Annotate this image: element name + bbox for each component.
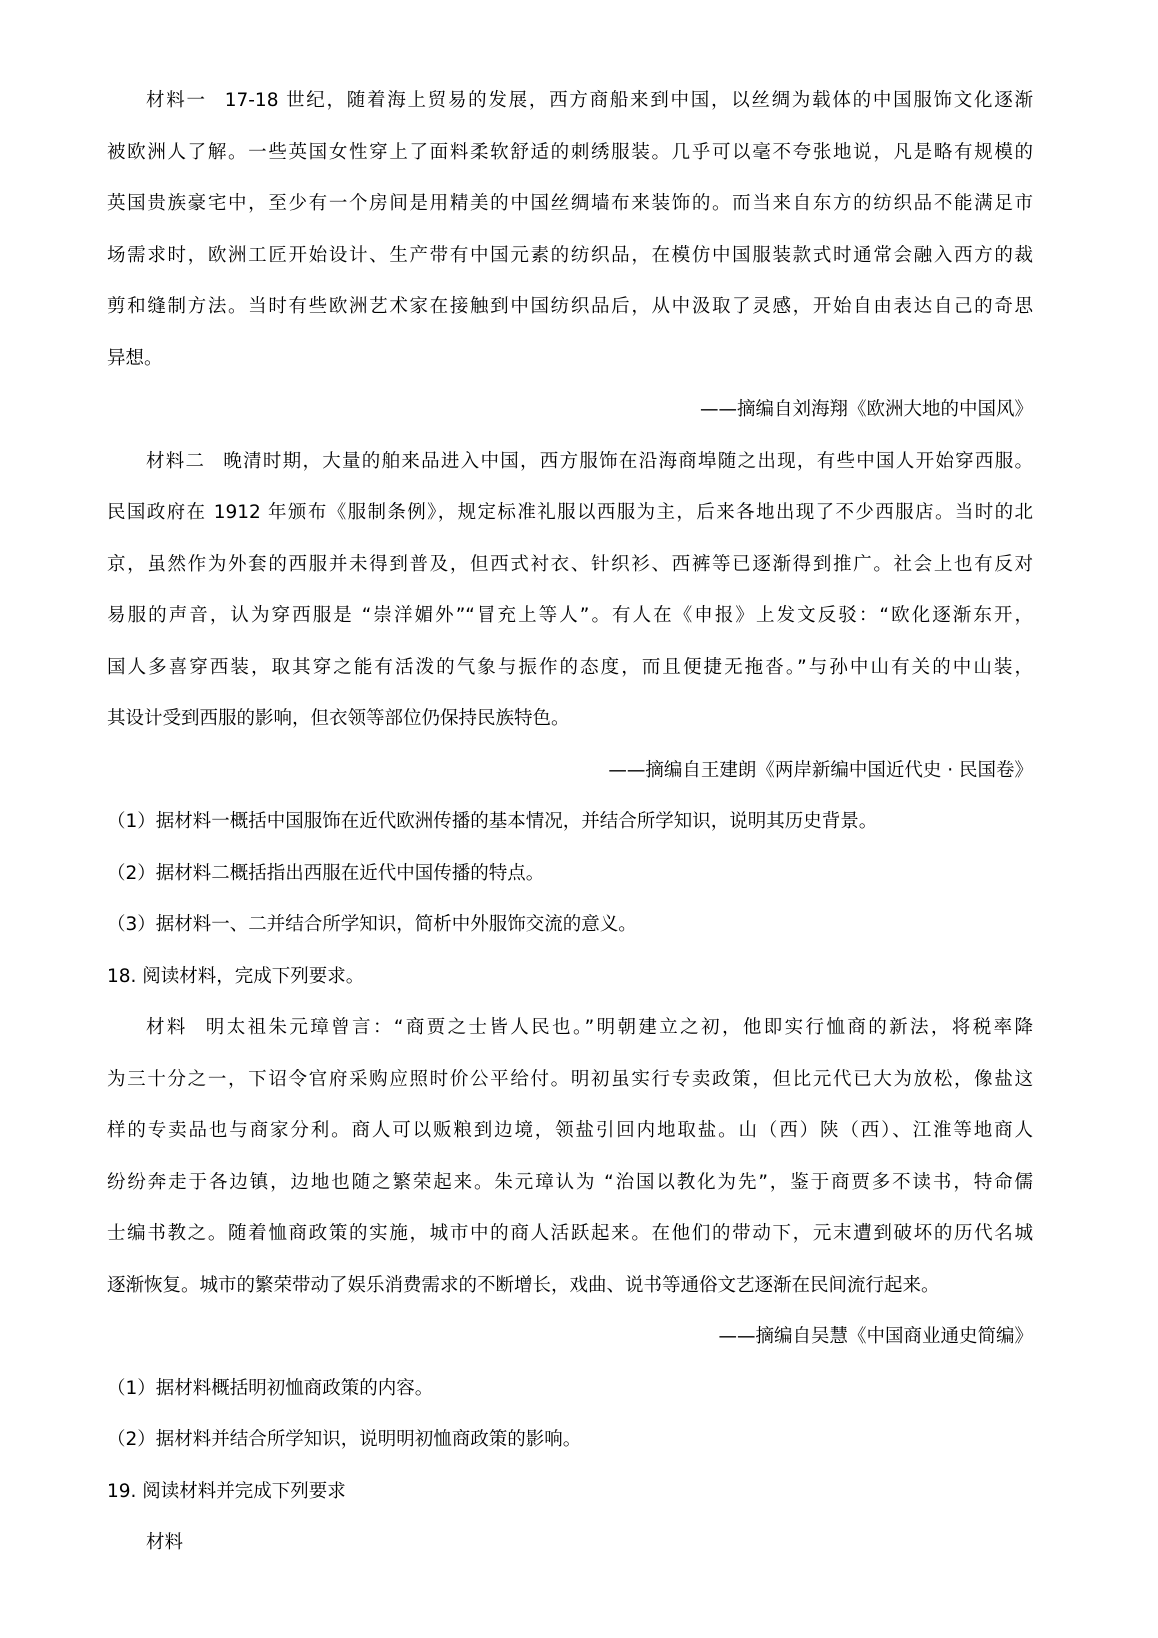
material-line: 纷纷奔走于各边镇，边地也随之繁荣起来。朱元璋认为 “治国以教化为先”，鉴于商贾多… <box>107 1170 1033 1195</box>
material-line: 逐渐恢复。城市的繁荣带动了娱乐消费需求的不断增长，戏曲、说书等通俗文艺逐渐在民间… <box>107 1273 1033 1298</box>
material-label: 材料 <box>146 1017 188 1038</box>
subquestion: （3）据材料一、二并结合所学知识，简析中外服饰交流的意义。 <box>107 912 1033 937</box>
material-one-line: 英国贵族豪宅中，至少有一个房间是用精美的中国丝绸墙布来装饰的。而当来自东方的纺织… <box>107 191 1033 216</box>
material-two-line: 其设计受到西服的影响，但衣领等部位仍保持民族特色。 <box>107 706 1033 731</box>
question-19: 19. 阅读材料并完成下列要求 材料 <box>107 1479 1033 1556</box>
material-two-line: 国人多喜穿西装，取其穿之能有活泼的气象与振作的态度，而且便捷无拖沓。”与孙中山有… <box>107 655 1033 680</box>
subquestion: （2）据材料并结合所学知识，说明明初恤商政策的影响。 <box>107 1427 1033 1452</box>
material-line: 士编书教之。随着恤商政策的实施，城市中的商人活跃起来。在他们的带动下，元末遭到破… <box>107 1221 1033 1246</box>
question-17-subquestions: （1）据材料一概括中国服饰在近代欧洲传播的基本情况，并结合所学知识，说明其历史背… <box>107 809 1033 937</box>
subquestion: （1）据材料一概括中国服饰在近代欧洲传播的基本情况，并结合所学知识，说明其历史背… <box>107 809 1033 834</box>
subquestion: （2）据材料二概括指出西服在近代中国传播的特点。 <box>107 861 1033 886</box>
material-label: 材料二 <box>146 451 205 472</box>
material-source: ——摘编自吴慧《中国商业通史简编》 <box>107 1324 1033 1349</box>
material-two-line: 民国政府在 1912 年颁布《服制条例》，规定标准礼服以西服为主，后来各地出现了… <box>107 500 1033 525</box>
material-two: 材料二晚清时期，大量的舶来品进入中国，西方服饰在沿海商埠随之出现，有些中国人开始… <box>107 449 1033 783</box>
material-one-line: 被欧洲人了解。一些英国女性穿上了面料柔软舒适的刺绣服装。几乎可以毫不夸张地说，凡… <box>107 140 1033 165</box>
material-label: 材料一 <box>146 90 207 111</box>
question-heading: 19. 阅读材料并完成下列要求 <box>107 1479 1033 1504</box>
material-line: 样的专卖品也与商家分利。商人可以贩粮到边境，领盐引回内地取盐。山（西）陕（西）、… <box>107 1118 1033 1143</box>
material-one-line: 材料一17-18 世纪，随着海上贸易的发展，西方商船来到中国，以丝绸为载体的中国… <box>107 88 1033 113</box>
material-two-source: ——摘编自王建朗《两岸新编中国近代史 · 民国卷》 <box>107 758 1033 783</box>
question-heading: 18. 阅读材料，完成下列要求。 <box>107 964 1033 989</box>
material-two-line: 材料二晚清时期，大量的舶来品进入中国，西方服饰在沿海商埠随之出现，有些中国人开始… <box>107 449 1033 474</box>
material-line: 为三十分之一，下诏令官府采购应照时价公平给付。明初虽实行专卖政策，但比元代已大为… <box>107 1067 1033 1092</box>
subquestion: （1）据材料概括明初恤商政策的内容。 <box>107 1376 1033 1401</box>
material-label: 材料 <box>107 1530 1033 1555</box>
material-two-line: 易服的声音，认为穿西服是 “崇洋媚外”“冒充上等人”。有人在《申报》上发文反驳：… <box>107 603 1033 628</box>
exam-page: 材料一17-18 世纪，随着海上贸易的发展，西方商船来到中国，以丝绸为载体的中国… <box>107 88 1033 1582</box>
material-one-line: 剪和缝制方法。当时有些欧洲艺术家在接触到中国纺织品后，从中汲取了灵感，开始自由表… <box>107 294 1033 319</box>
material-line: 材料明太祖朱元璋曾言：“商贾之士皆人民也。”明朝建立之初，他即实行恤商的新法，将… <box>107 1015 1033 1040</box>
material-one-line: 场需求时，欧洲工匠开始设计、生产带有中国元素的纺织品，在模仿中国服装款式时通常会… <box>107 243 1033 268</box>
material-one: 材料一17-18 世纪，随着海上贸易的发展，西方商船来到中国，以丝绸为载体的中国… <box>107 88 1033 422</box>
material-one-line: 异想。 <box>107 346 1033 371</box>
material-two-line: 京，虽然作为外套的西服并未得到普及，但西式衬衣、针织衫、西裤等已逐渐得到推广。社… <box>107 552 1033 577</box>
material-one-source: ——摘编自刘海翔《欧洲大地的中国风》 <box>107 397 1033 422</box>
question-18: 18. 阅读材料，完成下列要求。 材料明太祖朱元璋曾言：“商贾之士皆人民也。”明… <box>107 964 1033 1453</box>
